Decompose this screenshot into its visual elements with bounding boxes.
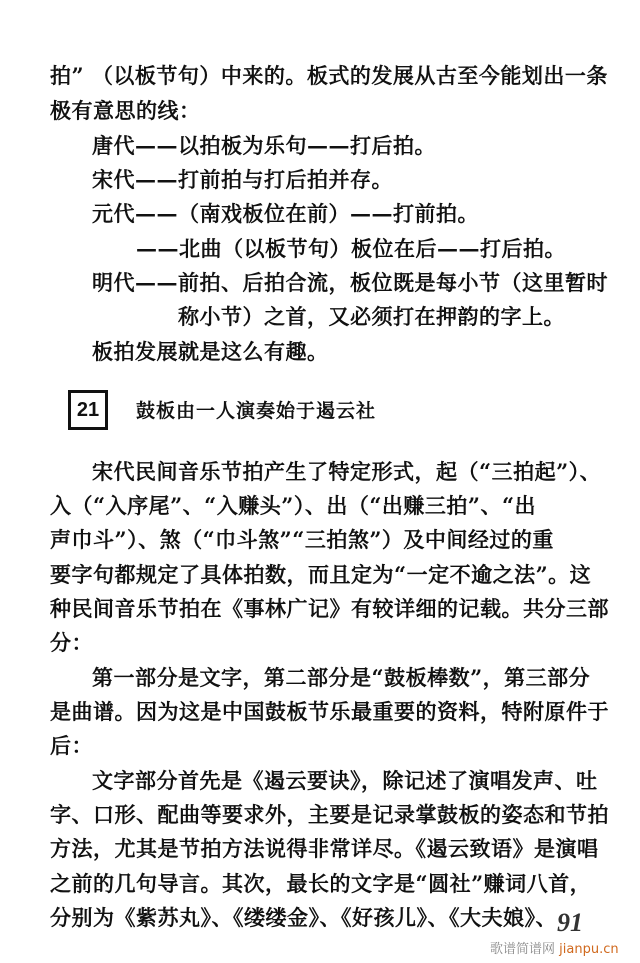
text-line: 分： (50, 629, 93, 657)
watermark-url: jianpu.cn (559, 942, 618, 957)
text-line: 极有意思的线： (50, 97, 201, 125)
text-line: 板拍发展就是这么有趣。 (92, 338, 329, 366)
text-line: 称小节）之首，又必须打在押韵的字上。 (178, 303, 565, 331)
text-line: 字、口形、配曲等要求外，主要是记录掌鼓板的姿态和节拍 (50, 801, 609, 829)
text-line: 宋代民间音乐节拍产生了特定形式，起（“三拍起”）、 (92, 458, 601, 486)
section-title: 鼓板由一人演奏始于遏云社 (136, 396, 376, 423)
text-line: 是曲谱。因为这是中国鼓板节乐最重要的资料，特附原件于 (50, 698, 609, 726)
watermark: 歌谱简谱网 jianpu.cn (490, 938, 619, 957)
section-number-box: 21 (68, 390, 108, 430)
text-line: 分别为《紫苏丸》、《缕缕金》、《好孩儿》、《大夫娘》、 (50, 904, 557, 932)
text-line: 方法，尤其是节拍方法说得非常详尽。《遏云致语》是演唱 (50, 835, 599, 863)
text-line: ——北曲（以板节句）板位在后——打后拍。 (136, 235, 566, 263)
text-line: 声巾斗”）、煞（“巾斗煞”“三拍煞”）及中间经过的重 (50, 526, 554, 554)
text-line: 种民间音乐节拍在《事林广记》有较详细的记载。共分三部 (50, 595, 609, 623)
text-line: 明代——前拍、后拍合流，板位既是每小节（这里暂时 (92, 269, 608, 297)
text-line: 后： (50, 732, 93, 760)
text-line: 第一部分是文字，第二部分是“鼓板棒数”，第三部分 (92, 664, 590, 692)
text-line: 之前的几句导言。其次，最长的文字是“圆社”赚词八首， (50, 870, 591, 898)
page-number: 91 (557, 908, 583, 938)
text-line: 唐代——以拍板为乐句——打后拍。 (92, 132, 436, 160)
text-line: 拍” （以板节句）中来的。板式的发展从古至今能划出一条 (50, 62, 608, 90)
text-line: 入（“入序尾”、“入赚头”）、出（“出赚三拍”、“出 (50, 492, 536, 520)
section-number: 21 (77, 399, 99, 422)
text-line: 要字句都规定了具体拍数，而且定为“一定不逾之法”。这 (50, 561, 591, 589)
watermark-site-name: 歌谱简谱网 (490, 942, 555, 957)
text-line: 宋代——打前拍与打后拍并存。 (92, 166, 393, 194)
text-line: 文字部分首先是《遏云要诀》，除记述了演唱发声、吐 (92, 767, 598, 795)
text-line: 元代——（南戏板位在前）——打前拍。 (92, 200, 479, 228)
